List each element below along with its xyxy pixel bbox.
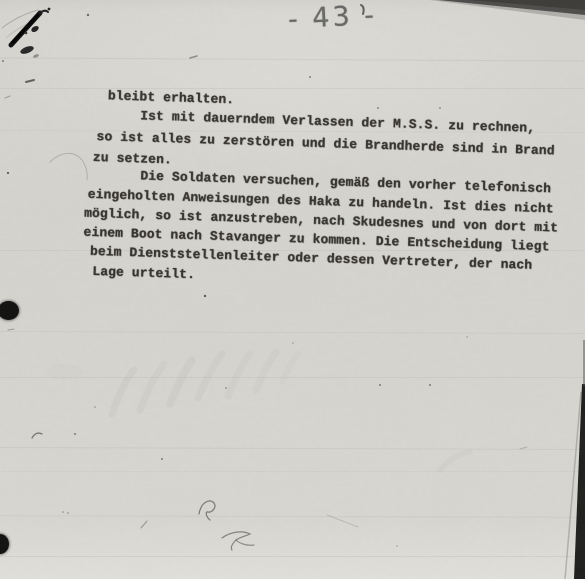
scan-line-artifact	[0, 377, 585, 378]
text-line: bleibt erhalten.	[108, 88, 235, 107]
hole-punch-mark	[0, 534, 9, 554]
text-line: Lage urteilt.	[92, 264, 195, 282]
typed-text-block: bleibt erhalten. Ist mit dauerndem Verla…	[82, 85, 558, 295]
hole-punch-mark	[0, 301, 19, 320]
text-line: zu setzen.	[93, 150, 172, 167]
scan-line-artifact	[0, 471, 585, 472]
scan-line-artifact	[0, 447, 585, 450]
scanned-document-page: - 43 - bleibt erhalten. Ist mit dauernde…	[0, 0, 585, 579]
page-number: - 43 -	[287, 0, 378, 35]
scan-line-artifact	[0, 515, 585, 518]
scan-line-artifact	[0, 57, 585, 61]
scan-line-artifact	[0, 331, 585, 334]
scan-line-artifact	[0, 556, 585, 557]
